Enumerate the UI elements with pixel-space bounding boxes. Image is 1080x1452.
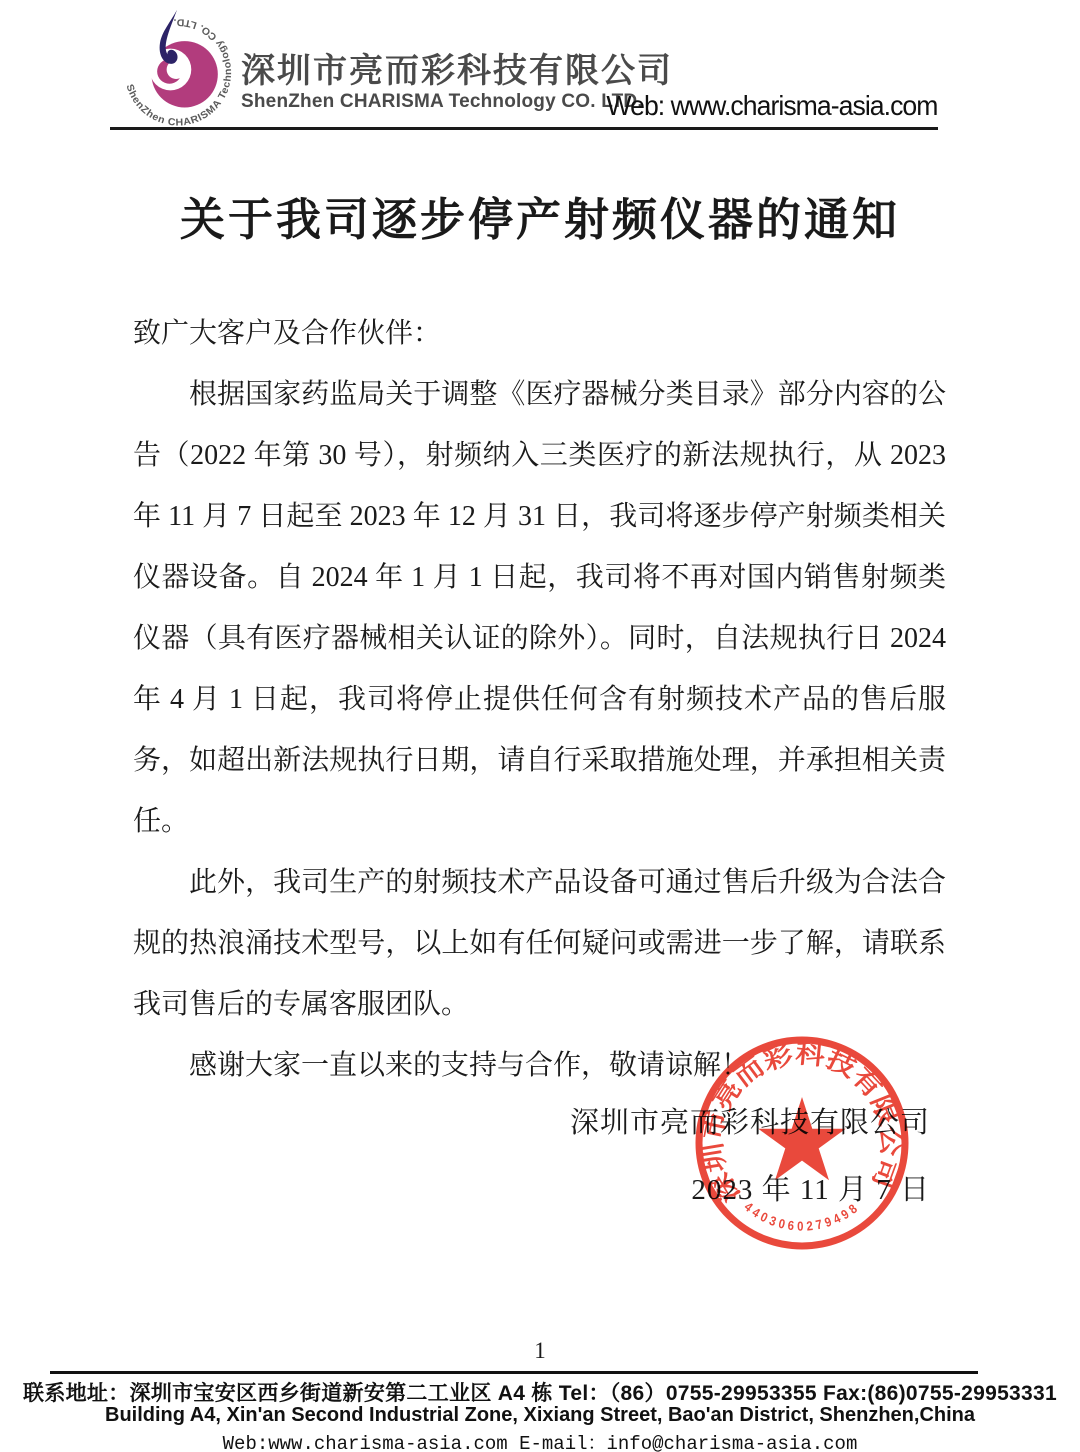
salutation: 致广大客户及合作伙伴： xyxy=(133,303,946,364)
page-title: 关于我司逐步停产射频仪器的通知 xyxy=(0,183,1080,248)
seal-serial-number: 4403060279498 xyxy=(741,1199,862,1234)
header-divider xyxy=(110,127,938,130)
document-page: ShenZhen CHARISMA Technology CO. LTD. 深圳… xyxy=(0,0,1080,1452)
footer-web-email: Web:www.charisma-asia.com E-mail：info@ch… xyxy=(0,1428,1080,1452)
body-paragraph: 根据国家药监局关于调整《医疗器械分类目录》部分内容的公告（2022 年第 30 … xyxy=(133,364,946,852)
header-website: Web: www.charisma-asia.com xyxy=(606,90,937,122)
footer-contact-zh: 联系地址：深圳市宝安区西乡街道新安第二工业区 A4 栋 Tel：（86）0755… xyxy=(0,1377,1080,1407)
company-name-zh: 深圳市亮而彩科技有限公司 xyxy=(241,52,673,90)
svg-text:4403060279498: 4403060279498 xyxy=(741,1199,862,1234)
company-logo-icon: ShenZhen CHARISMA Technology CO. LTD. xyxy=(112,6,244,134)
seal-star-icon xyxy=(758,1097,845,1180)
footer-divider xyxy=(50,1371,978,1374)
document-body: 致广大客户及合作伙伴： 根据国家药监局关于调整《医疗器械分类目录》部分内容的公告… xyxy=(133,303,946,1096)
company-seal-stamp: 深圳市亮而彩科技有限公司 4403060279498 xyxy=(672,1013,932,1273)
body-paragraph: 此外，我司生产的射频技术产品设备可通过售后升级为合法合规的热浪涌技术型号，以上如… xyxy=(133,852,946,1035)
page-number: 1 xyxy=(0,1338,1080,1364)
footer-address-en: Building A4, Xin'an Second Industrial Zo… xyxy=(0,1404,1080,1427)
